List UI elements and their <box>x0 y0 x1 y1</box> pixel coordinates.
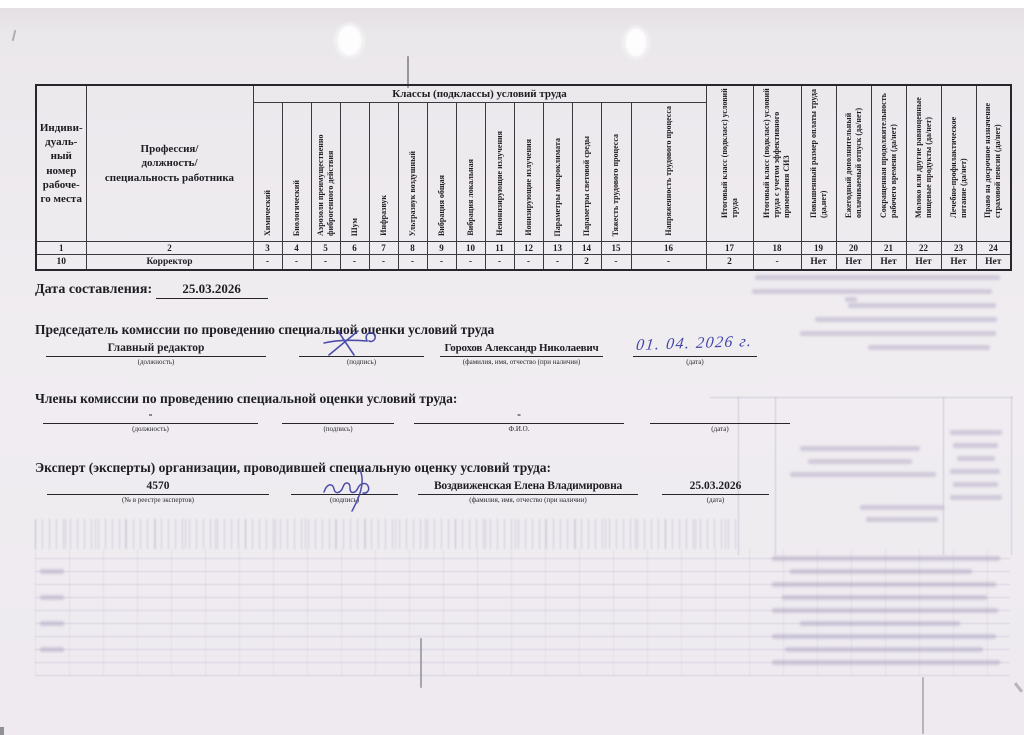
compiled-date-label: Дата составления: <box>35 282 152 297</box>
col-header-nonionizing: Неионизирующие излучения <box>485 103 514 242</box>
member-signature-field: (подпись) <box>282 408 394 433</box>
scan-speck <box>0 727 4 735</box>
workplace-data-row: 10Корректор -- -- -- -- -- -2 -- 2- НетН… <box>36 255 1011 271</box>
col-header-ultrasound: Ультразвук воздушный <box>398 103 427 242</box>
col-header-biological: Биологический <box>282 103 311 242</box>
col-header-vibration-general: Вибрация общая <box>427 103 456 242</box>
expert-signature-icon <box>318 465 390 513</box>
col-header-noise: Шум <box>340 103 369 242</box>
table-banner: Классы (подклассы) условий труда <box>253 85 706 103</box>
col-header-microclimate: Параметры микроклимата <box>543 103 572 242</box>
col-header-milk: Молоко или другие равноценные пищевые пр… <box>906 85 941 242</box>
expert-date-field: 25.03.2026 (дата) <box>662 479 769 504</box>
chairman-position-field: Главный редактор (должность) <box>46 341 266 366</box>
expert-name-field: Воздвиженская Елена Владимировна (фамили… <box>418 479 638 504</box>
expert-heading: Эксперт (эксперты) организации, проводив… <box>35 460 551 476</box>
expert-registry-field: 4570 (№ в реестре экспертов) <box>47 479 269 504</box>
chairman-name-field: Горохов Александр Николаевич (фамилия, и… <box>440 341 603 366</box>
expert-date-value: 25.03.2026 <box>662 479 769 495</box>
chairman-position-value: Главный редактор <box>46 341 266 357</box>
col-header-early-pension: Право на досрочное назначение страховой … <box>976 85 1011 242</box>
chairman-signature-icon <box>322 328 384 358</box>
col-header-chemical: Химический <box>253 103 282 242</box>
compiled-date-line: Дата составления: 25.03.2026 <box>35 281 268 299</box>
scanned-sout-report-page: { "colors": { "ink": "#4145aa", "paper":… <box>0 0 1024 735</box>
chairman-heading: Председатель комиссии по проведению спец… <box>35 322 494 338</box>
col-header-text: Индиви- дуаль- ный номер рабоче- го мест… <box>40 122 83 205</box>
member-name-field: - Ф.И.О. <box>414 408 624 433</box>
col-header-ionizing: Ионизирующие излучения <box>514 103 543 242</box>
banner-text: Классы (подклассы) условий труда <box>392 88 566 100</box>
member-date-field: (дата) <box>650 408 790 433</box>
col-header-infrasound: Инфразвук <box>369 103 398 242</box>
scanner-edge <box>0 0 1024 8</box>
col-header-intensity: Напряженность трудового процесса <box>631 103 706 242</box>
members-heading: Члены комиссии по проведению специальной… <box>35 391 457 407</box>
compiled-date-value: 25.03.2026 <box>156 281 268 299</box>
column-numbers-row: 12 34 56 78 910 1112 1314 1516 1718 1920… <box>36 242 1011 255</box>
col-header-final-class: Итоговый класс (подкласс) условий труда <box>706 85 753 242</box>
punch-hole-icon <box>624 27 648 58</box>
expert-name-value: Воздвиженская Елена Владимировна <box>418 479 638 495</box>
col-header-vibration-local: Вибрация локальная <box>456 103 485 242</box>
col-header-therapeutic-food: Лечебно-профилактическое питание (да/нет… <box>941 85 976 242</box>
col-header-extra-leave: Ежегодный дополнительный оплачиваемый от… <box>836 85 871 242</box>
chairman-name-value: Горохов Александр Николаевич <box>440 341 603 357</box>
working-conditions-classes-table: Индиви- дуаль- ный номер рабоче- го мест… <box>35 84 1012 271</box>
col-header-workplace-number: Индиви- дуаль- ный номер рабоче- го мест… <box>36 85 86 242</box>
punch-hole-icon <box>336 24 363 57</box>
col-header-severity: Тяжесть трудового процесса <box>601 103 631 242</box>
expert-registry-value: 4570 <box>47 479 269 495</box>
col-header-profession: Профессия/ должность/ специальность рабо… <box>86 85 253 242</box>
scan-streak <box>922 677 924 734</box>
col-header-reduced-hours: Сокращенная продолжительность рабочего в… <box>871 85 906 242</box>
member-position-field: - (должность) <box>43 408 258 433</box>
col-header-text: Профессия/ должность/ специальность рабо… <box>105 143 234 184</box>
col-header-final-class-ppe: Итоговый класс (подкласс) условий труда … <box>753 85 801 242</box>
col-header-increased-pay: Повышенный размер оплаты труда (да,нет) <box>801 85 836 242</box>
col-header-light: Параметры световой среды <box>572 103 601 242</box>
col-header-aerosols: Аэрозоли преимущественно фиброгенного де… <box>311 103 340 242</box>
